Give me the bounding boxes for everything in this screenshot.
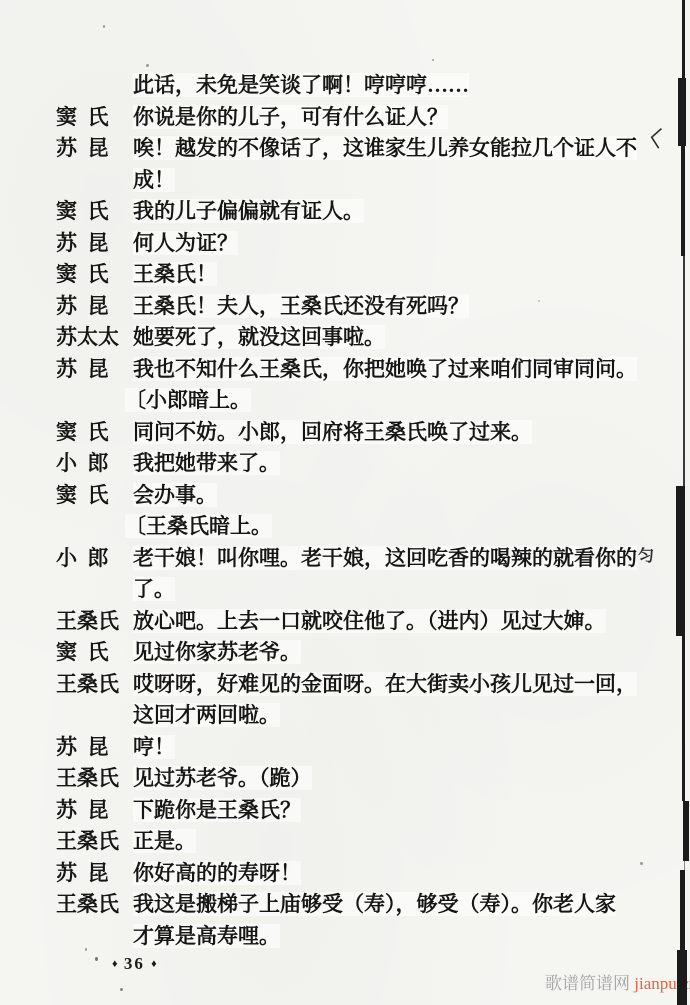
dialogue-text: 同问不妨。小郎，回府将王桑氏唤了过来。 bbox=[133, 417, 532, 449]
dialogue-text: 此话，未免是笑谈了啊！哼哼哼…… bbox=[133, 70, 469, 102]
scan-speck bbox=[146, 64, 149, 67]
binding-edge-segment bbox=[682, 636, 685, 801]
speaker-name: 苏太太 bbox=[56, 322, 133, 354]
facing-page-character-fragment: 〈 bbox=[638, 121, 663, 154]
speaker-name: 小 郎 bbox=[56, 543, 133, 606]
dialogue-line: 王桑氏！夫人，王桑氏还没有死吗？ bbox=[133, 291, 469, 323]
stage-direction-line: 〔王桑氏暗上。 bbox=[125, 511, 272, 543]
page-number-value: 36 bbox=[124, 954, 145, 973]
dialogue-line: 你好高的的寿呀！ bbox=[133, 858, 301, 890]
dialogue-line: 正是。 bbox=[133, 826, 196, 858]
dialogue-entry: 王桑氏放心吧。上去一口就咬住他了。（进内）见过大婶。 bbox=[56, 606, 690, 638]
dialogue-text: 〔王桑氏暗上。 bbox=[133, 511, 272, 543]
dialogue-line: 我这是搬梯子上庙够受（寿），够受（寿）。你老人家 bbox=[133, 889, 616, 921]
scan-speck bbox=[538, 300, 540, 302]
dialogue-line: 老干娘！叫你哩。老干娘，这回吃香的喝辣的就看你的 bbox=[133, 543, 637, 575]
dialogue-line: 我把她带来了。 bbox=[133, 448, 280, 480]
dialogue-text: 会办事。 bbox=[133, 480, 217, 512]
scan-speck bbox=[640, 862, 643, 865]
page-number: ♦ 36 ♦ bbox=[112, 954, 157, 974]
dialogue-line: 才算是高寿哩。 bbox=[133, 921, 616, 953]
speaker-name: 王桑氏 bbox=[56, 889, 133, 952]
dialogue-text: 我的儿子偏偏就有证人。 bbox=[133, 196, 364, 228]
scan-speck bbox=[120, 988, 123, 991]
dialogue-entry: 王桑氏哎呀呀，好难见的金面呀。在大街卖小孩儿见过一回，这回才两回啦。 bbox=[56, 669, 690, 732]
dialogue-line: 见过你家苏老爷。 bbox=[133, 637, 301, 669]
dialogue-text: 哎呀呀，好难见的金面呀。在大街卖小孩儿见过一回，这回才两回啦。 bbox=[133, 669, 637, 732]
speaker-name: 王桑氏 bbox=[56, 669, 133, 732]
binding-edge-segment bbox=[680, 870, 685, 950]
dialogue-text: 放心吧。上去一口就咬住他了。（进内）见过大婶。 bbox=[133, 606, 606, 638]
dialogue-entry: 苏 昆下跪你是王桑氏？ bbox=[56, 795, 690, 827]
dialogue-line: 这回才两回啦。 bbox=[133, 700, 637, 732]
scan-speck bbox=[58, 140, 61, 142]
dialogue-entry: 此话，未免是笑谈了啊！哼哼哼…… bbox=[56, 70, 690, 102]
scan-speck bbox=[85, 948, 87, 951]
page-number-ornament-left: ♦ bbox=[112, 958, 118, 970]
dialogue-text: 她要死了，就没这回事啦。 bbox=[133, 322, 385, 354]
dialogue-entry: 苏 昆王桑氏！夫人，王桑氏还没有死吗？ bbox=[56, 291, 690, 323]
speaker-name: 窦 氏 bbox=[56, 259, 133, 291]
dialogue-entry: 苏 昆哼！ bbox=[56, 732, 690, 764]
speaker-name: 窦 氏 bbox=[56, 417, 133, 449]
dialogue-text: 〔小郎暗上。 bbox=[133, 385, 251, 417]
speaker-name: 苏 昆 bbox=[56, 228, 133, 260]
dialogue-entry: 窦 氏王桑氏！ bbox=[56, 259, 690, 291]
scan-speck bbox=[103, 25, 105, 28]
page-number-ornament-right: ♦ bbox=[151, 958, 157, 970]
dialogue-line: 哼！ bbox=[133, 732, 175, 764]
binding-edge-segment bbox=[678, 78, 686, 146]
dialogue-line: 同问不妨。小郎，回府将王桑氏唤了过来。 bbox=[133, 417, 532, 449]
binding-edge-segment bbox=[676, 486, 685, 636]
dialogue-entry: 王桑氏正是。 bbox=[56, 826, 690, 858]
speaker-name: 王桑氏 bbox=[56, 606, 133, 638]
binding-edge-segment bbox=[677, 950, 687, 1005]
speaker-name: 王桑氏 bbox=[56, 763, 133, 795]
dialogue-line: 何人为证？ bbox=[133, 228, 238, 260]
binding-edge-segment bbox=[681, 146, 685, 256]
scanned-script-page: 此话，未免是笑谈了啊！哼哼哼……窦 氏你说是你的儿子，可有什么证人？苏 昆唉！越… bbox=[0, 0, 690, 1005]
dialogue-text: 见过你家苏老爷。 bbox=[133, 637, 301, 669]
dialogue-text: 我也不知什么王桑氏，你把她唤了过来咱们同审同问。 bbox=[133, 354, 637, 386]
stage-direction-line: 〔小郎暗上。 bbox=[125, 385, 251, 417]
dialogue-entry: 窦 氏我的儿子偏偏就有证人。 bbox=[56, 196, 690, 228]
dialogue-text: 你好高的的寿呀！ bbox=[133, 858, 301, 890]
scan-speck bbox=[306, 210, 308, 212]
dialogue-line: 你说是你的儿子，可有什么证人？ bbox=[133, 102, 448, 134]
dialogue-line: 放心吧。上去一口就咬住他了。（进内）见过大婶。 bbox=[133, 606, 606, 638]
watermark-site-name: 歌谱简谱网 bbox=[545, 974, 630, 993]
speaker-name: 苏 昆 bbox=[56, 858, 133, 890]
dialogue-entry: 苏 昆你好高的的寿呀！ bbox=[56, 858, 690, 890]
dialogue-line: 我的儿子偏偏就有证人。 bbox=[133, 196, 364, 228]
dialogue-entry: 苏 昆唉！越发的不像话了，这谁家生儿养女能拉几个证人不成！ bbox=[56, 133, 690, 196]
stage-direction-entry: 〔小郎暗上。 bbox=[56, 385, 690, 417]
dialogue-entry: 窦 氏你说是你的儿子，可有什么证人？ bbox=[56, 102, 690, 134]
dialogue-entry: 苏 昆我也不知什么王桑氏，你把她唤了过来咱们同审同问。 bbox=[56, 354, 690, 386]
dialogue-line: 王桑氏！ bbox=[133, 259, 217, 291]
dialogue-text: 见过苏老爷。（跪） bbox=[133, 763, 312, 795]
dialogue-line: 成！ bbox=[133, 165, 637, 197]
dialogue-entry: 窦 氏同问不妨。小郎，回府将王桑氏唤了过来。 bbox=[56, 417, 690, 449]
dialogue-text: 正是。 bbox=[133, 826, 196, 858]
dialogue-text: 哼！ bbox=[133, 732, 175, 764]
speaker-name bbox=[56, 70, 133, 102]
dialogue-line: 会办事。 bbox=[133, 480, 217, 512]
scan-speck bbox=[95, 957, 98, 961]
dialogue-line: 了。 bbox=[133, 574, 637, 606]
dialogue-entry: 王桑氏见过苏老爷。（跪） bbox=[56, 763, 690, 795]
dialogue-text: 王桑氏！夫人，王桑氏还没有死吗？ bbox=[133, 291, 469, 323]
dialogue-entry: 王桑氏我这是搬梯子上庙够受（寿），够受（寿）。你老人家才算是高寿哩。 bbox=[56, 889, 690, 952]
speaker-name: 窦 氏 bbox=[56, 196, 133, 228]
speaker-name: 苏 昆 bbox=[56, 291, 133, 323]
dialogue-text: 老干娘！叫你哩。老干娘，这回吃香的喝辣的就看你的了。 bbox=[133, 543, 637, 606]
dialogue-line: 哎呀呀，好难见的金面呀。在大街卖小孩儿见过一回， bbox=[133, 669, 637, 701]
dialogue-line: 下跪你是王桑氏？ bbox=[133, 795, 301, 827]
speaker-name bbox=[56, 511, 133, 543]
dialogue-line: 我也不知什么王桑氏，你把她唤了过来咱们同审同问。 bbox=[133, 354, 637, 386]
dialogue-entry: 窦 氏见过你家苏老爷。 bbox=[56, 637, 690, 669]
dialogue-text: 下跪你是王桑氏？ bbox=[133, 795, 301, 827]
dialogue-text: 王桑氏！ bbox=[133, 259, 217, 291]
script-body: 此话，未免是笑谈了啊！哼哼哼……窦 氏你说是你的儿子，可有什么证人？苏 昆唉！越… bbox=[0, 0, 690, 952]
dialogue-entry: 窦 氏会办事。 bbox=[56, 480, 690, 512]
dialogue-line: 唉！越发的不像话了，这谁家生儿养女能拉几个证人不 bbox=[133, 133, 637, 165]
dialogue-text: 何人为证？ bbox=[133, 228, 238, 260]
binding-edge-segment bbox=[683, 256, 685, 486]
dialogue-entry: 苏 昆何人为证？ bbox=[56, 228, 690, 260]
dialogue-entry: 小 郎我把她带来了。 bbox=[56, 448, 690, 480]
speaker-name: 苏 昆 bbox=[56, 354, 133, 386]
speaker-name: 窦 氏 bbox=[56, 480, 133, 512]
dialogue-line: 见过苏老爷。（跪） bbox=[133, 763, 312, 795]
dialogue-text: 唉！越发的不像话了，这谁家生儿养女能拉几个证人不成！ bbox=[133, 133, 637, 196]
speaker-name: 窦 氏 bbox=[56, 637, 133, 669]
speaker-name: 窦 氏 bbox=[56, 102, 133, 134]
speaker-name: 苏 昆 bbox=[56, 133, 133, 196]
scan-speck bbox=[432, 59, 434, 61]
speaker-name: 苏 昆 bbox=[56, 795, 133, 827]
speaker-name bbox=[56, 385, 133, 417]
watermark: 歌谱简谱网 jianpu.cn bbox=[545, 969, 690, 994]
dialogue-text: 你说是你的儿子，可有什么证人？ bbox=[133, 102, 448, 134]
dialogue-text: 我这是搬梯子上庙够受（寿），够受（寿）。你老人家才算是高寿哩。 bbox=[133, 889, 616, 952]
facing-page-character-fragment: 匀 bbox=[638, 543, 654, 566]
stage-direction-entry: 〔王桑氏暗上。 bbox=[56, 511, 690, 543]
dialogue-entry: 苏太太她要死了，就没这回事啦。 bbox=[56, 322, 690, 354]
dialogue-line: 此话，未免是笑谈了啊！哼哼哼…… bbox=[133, 70, 469, 102]
dialogue-entry: 小 郎老干娘！叫你哩。老干娘，这回吃香的喝辣的就看你的了。 bbox=[56, 543, 690, 606]
binding-edge-segment bbox=[683, 801, 689, 861]
dialogue-text: 我把她带来了。 bbox=[133, 448, 280, 480]
speaker-name: 王桑氏 bbox=[56, 826, 133, 858]
speaker-name: 苏 昆 bbox=[56, 732, 133, 764]
speaker-name: 小 郎 bbox=[56, 448, 133, 480]
dialogue-line: 她要死了，就没这回事啦。 bbox=[133, 322, 385, 354]
